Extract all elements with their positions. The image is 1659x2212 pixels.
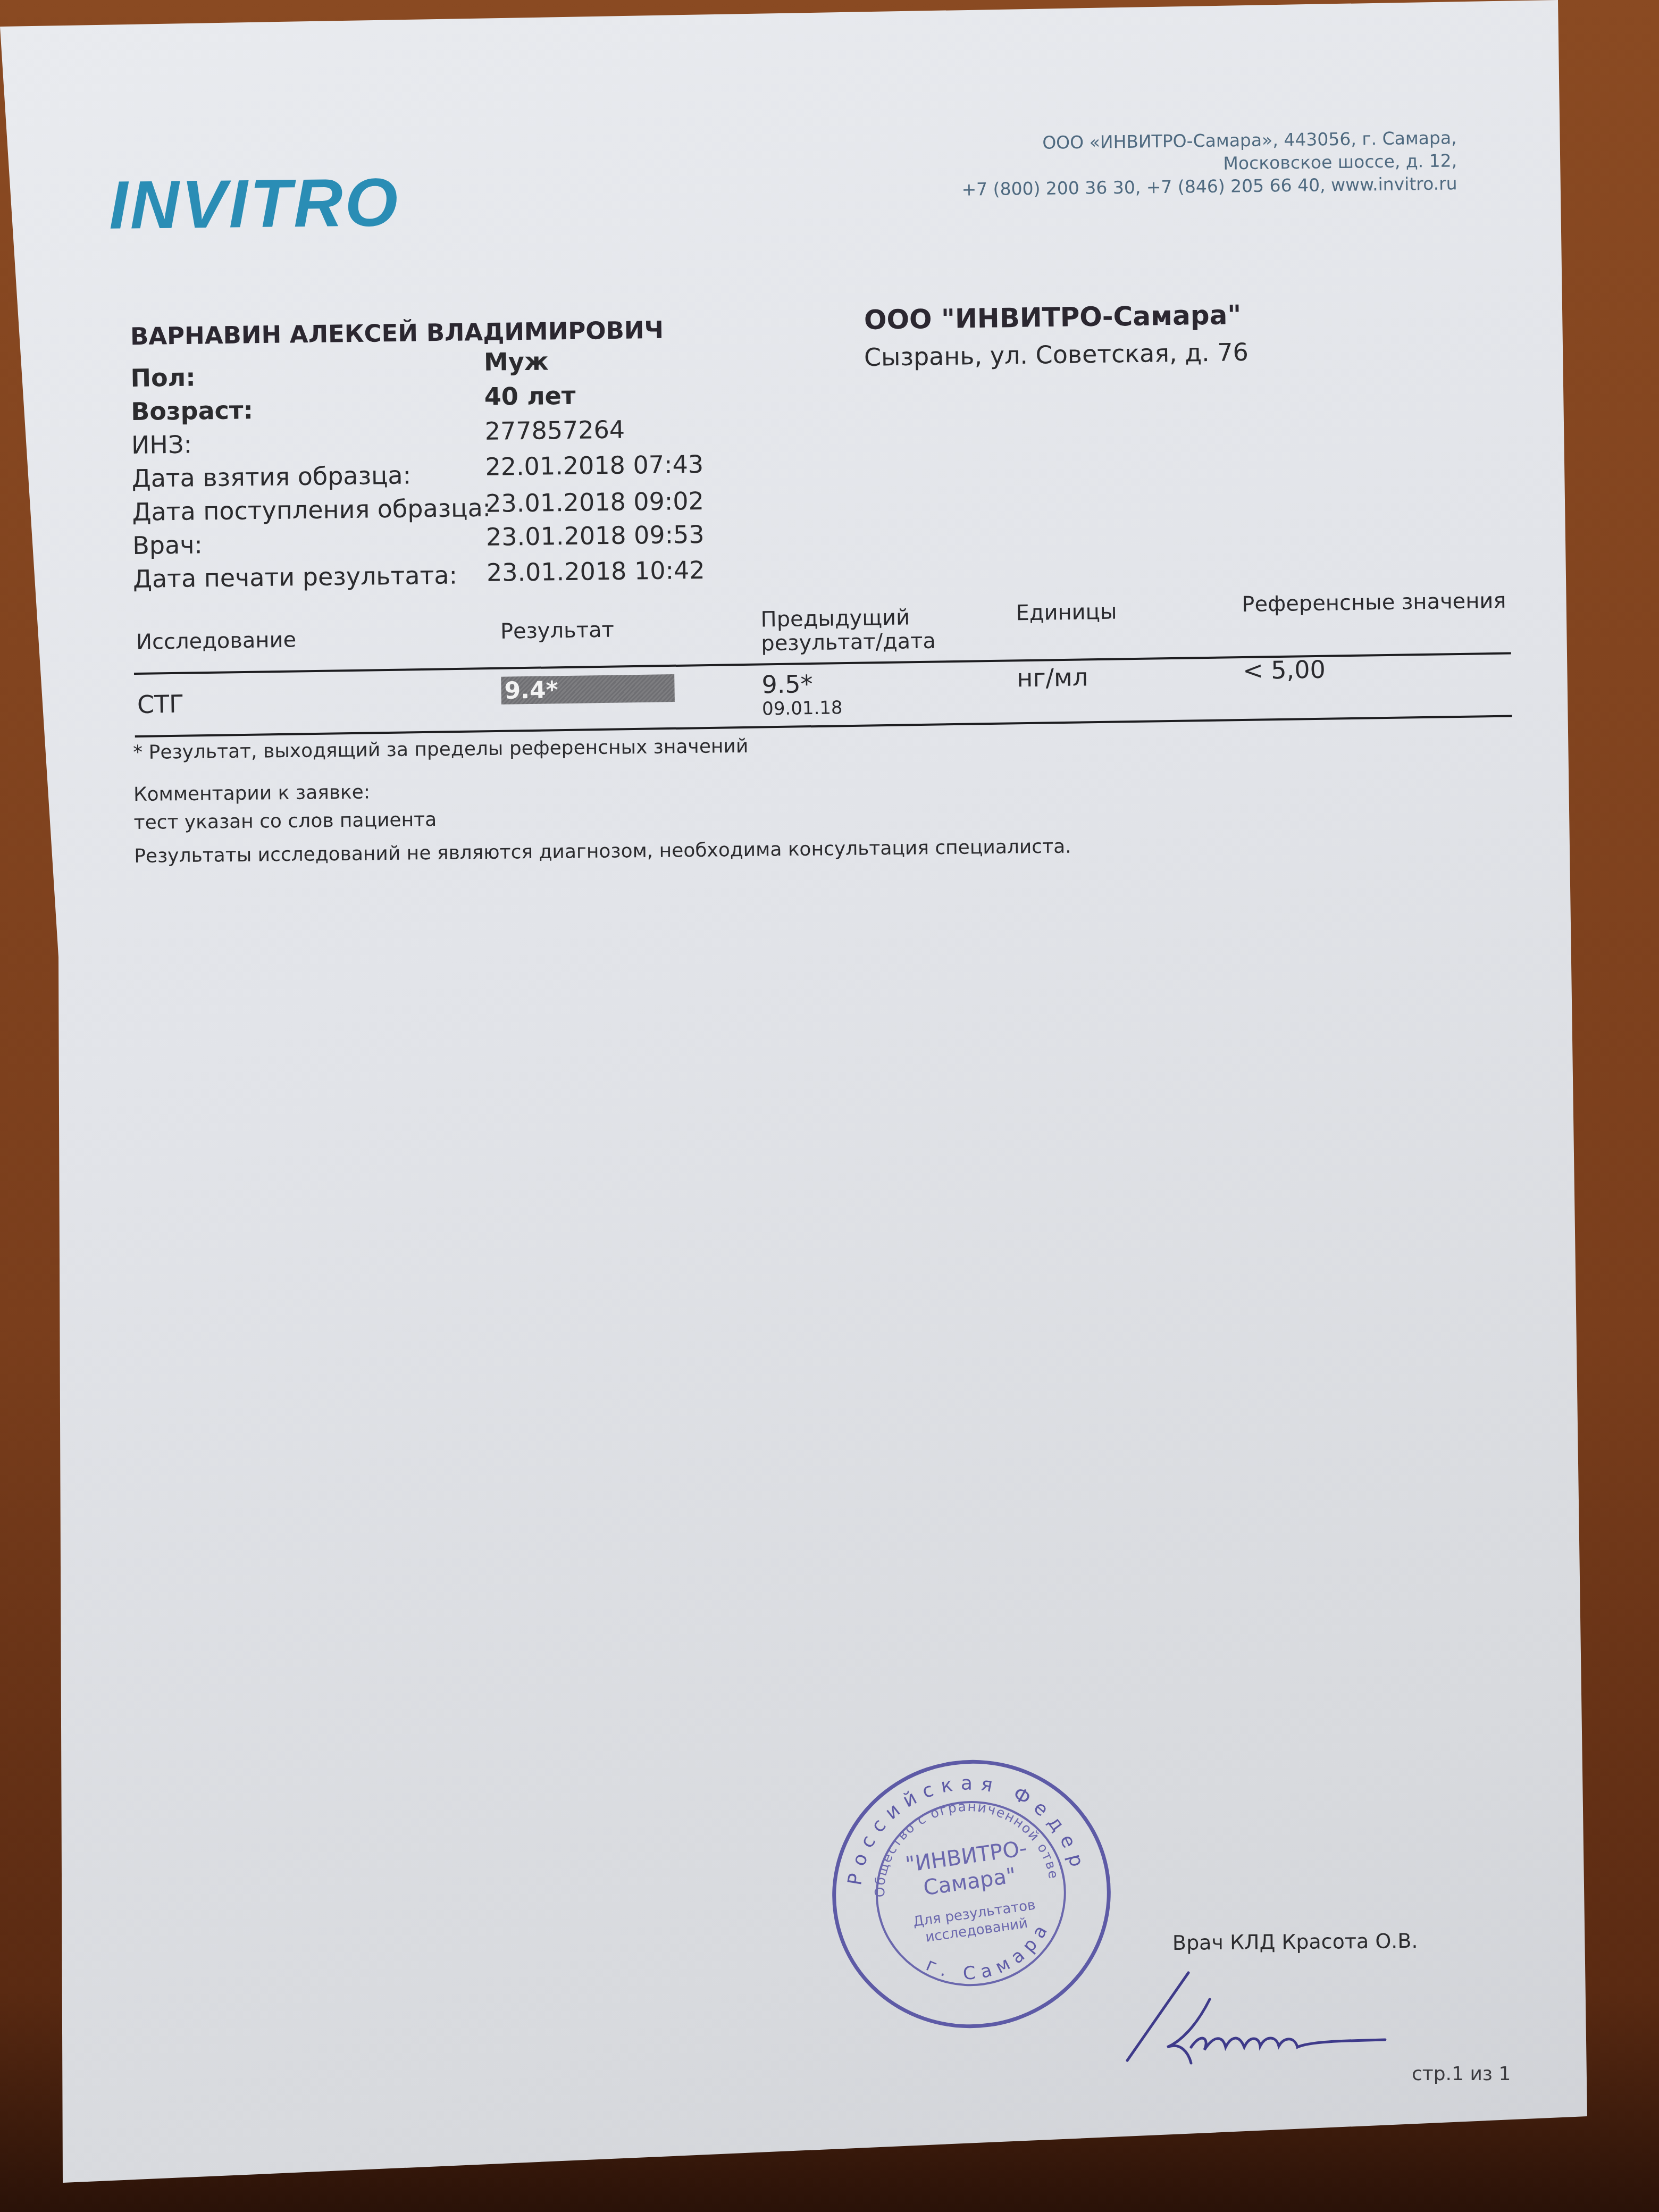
info-label: Возраст: [131, 393, 485, 426]
info-label: Дата поступления образца: [132, 493, 486, 526]
comment-text: тест указан со слов пациента [133, 802, 1071, 834]
column-previous-line1: Предыдущий [760, 605, 910, 632]
info-value: Муж [484, 347, 549, 376]
official-stamp: Российская Федерация Общество с ограниче… [815, 1742, 1128, 2046]
patient-name: ВАРНАВИН АЛЕКСЕЙ ВЛАДИМИРОВИЧ [130, 316, 664, 350]
results-table: Исследование Результат Предыдущий резуль… [133, 581, 1512, 731]
invitro-logo: INVITRO [108, 163, 400, 245]
cell-previous-date: 09.01.18 [762, 697, 843, 719]
column-units: Единицы [1016, 600, 1117, 626]
info-value: 23.01.2018 09:53 [486, 520, 705, 551]
doctor-name: Врач КЛД Красота О.В. [1172, 1929, 1418, 1955]
info-label: Дата печати результата: [133, 560, 487, 593]
notes-section: * Результат, выходящий за пределы рефере… [133, 732, 1071, 867]
cell-reference: < 5,00 [1243, 655, 1326, 685]
cell-result-out-of-range: 9.4* [501, 674, 675, 705]
footnote: * Результат, выходящий за пределы рефере… [133, 732, 1070, 764]
comments-label: Комментарии к заявке: [133, 774, 1071, 806]
cell-test: СТГ [137, 690, 184, 719]
info-label: Пол: [130, 359, 484, 392]
info-row-print-date: Дата печати результата: 23.01.2018 10:42 [133, 553, 705, 593]
info-value: 23.01.2018 10:42 [487, 556, 705, 587]
column-reference: Референсные значения [1242, 589, 1506, 617]
info-label: ИНЗ: [131, 426, 485, 459]
info-value: 40 лет [484, 381, 576, 411]
disclaimer: Результаты исследований не являются диаг… [134, 836, 1071, 867]
info-label: Дата взятия образца: [131, 460, 485, 493]
organization-address: ООО «ИНВИТРО-Самара», 443056, г. Самара,… [961, 126, 1457, 200]
info-value: 22.01.2018 07:43 [485, 450, 703, 481]
document-page: INVITRO ООО «ИНВИТРО-Самара», 443056, г.… [0, 0, 1659, 2212]
lab-address: Сызрань, ул. Советская, д. 76 [864, 338, 1249, 372]
page-number: стр.1 из 1 [1412, 2063, 1511, 2085]
info-value: 23.01.2018 09:02 [485, 487, 704, 518]
column-previous-line2: результат/дата [761, 629, 936, 656]
signature-icon [1117, 1967, 1393, 2076]
info-value: 277857264 [484, 415, 625, 446]
column-result: Результат [500, 618, 615, 644]
cell-units: нг/мл [1017, 663, 1088, 692]
lab-name: ООО "ИНВИТРО-Самара" [864, 299, 1242, 336]
column-test: Исследование [136, 627, 297, 654]
patient-info: Пол: Муж Возраст: 40 лет ИНЗ: 277857264 … [130, 352, 705, 593]
cell-previous-result: 9.5* [761, 669, 813, 699]
info-label: Врач: [132, 527, 487, 560]
